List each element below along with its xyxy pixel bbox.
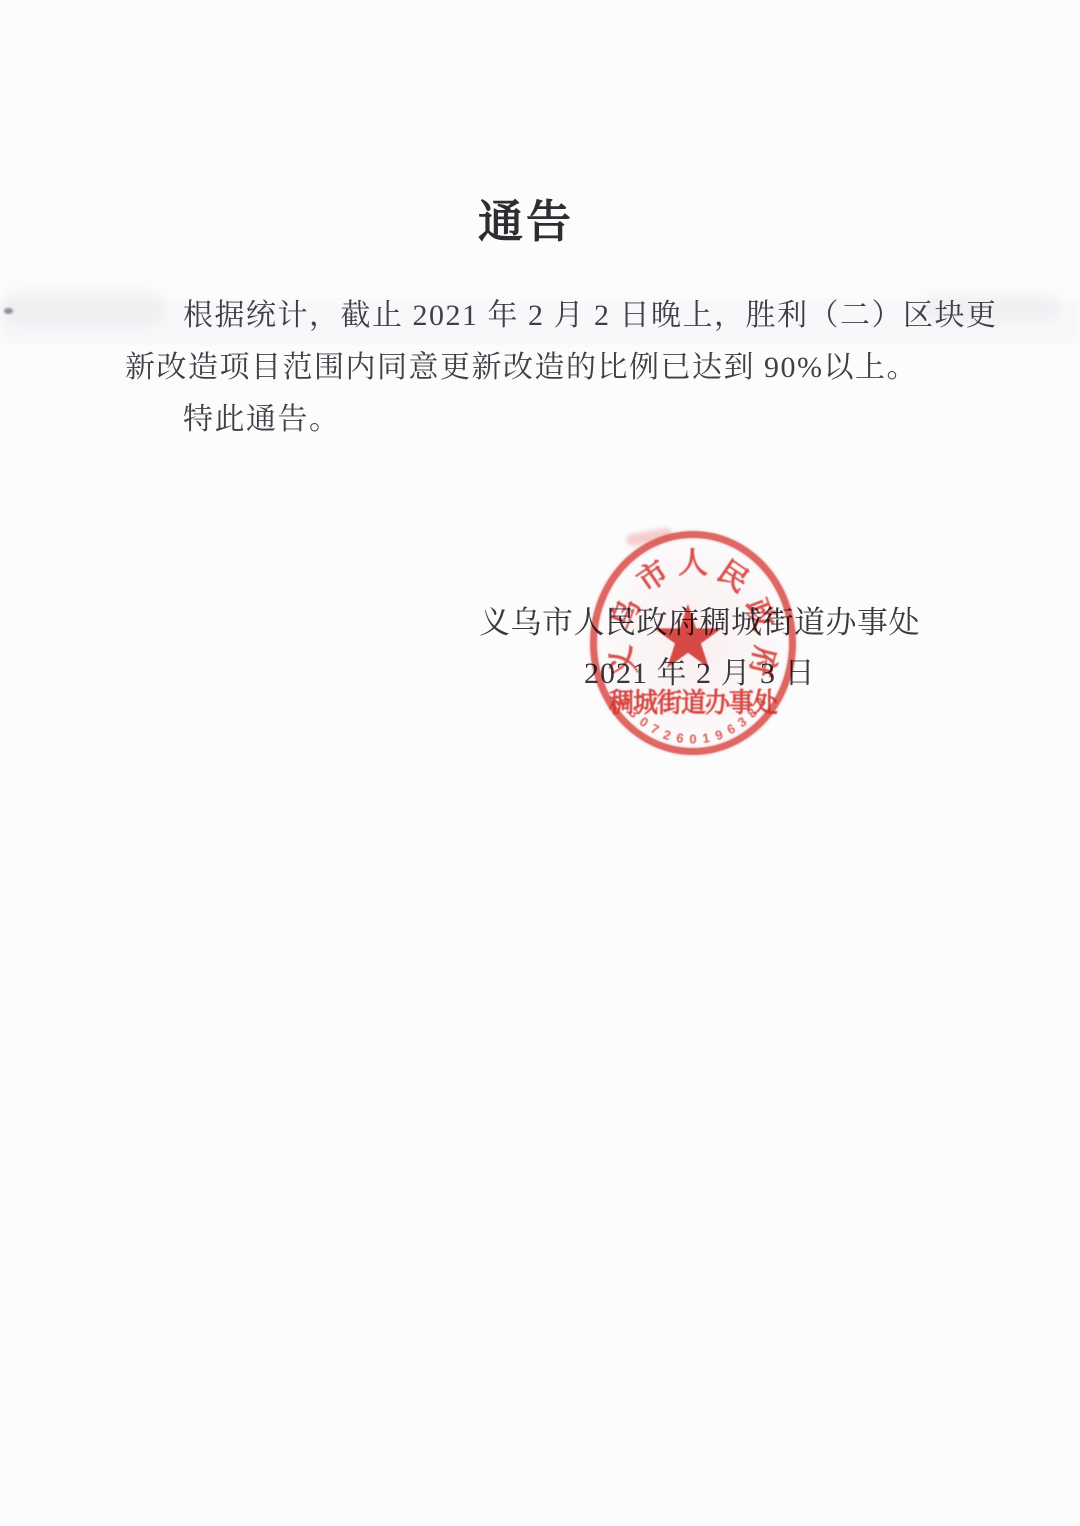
notice-body: 根据统计，截止 2021 年 2 月 2 日晚上，胜利（二）区块更 新改造项目范… — [125, 290, 955, 446]
seal-arc-char: 人 — [678, 538, 708, 582]
body-line-2: 新改造项目范围内同意更新改造的比例已达到 90%以上。 — [125, 342, 955, 394]
body-line-1: 根据统计，截止 2021 年 2 月 2 日晚上，胜利（二）区块更 — [125, 290, 955, 342]
seal-serial-digit: 0 — [689, 732, 696, 747]
notice-title: 通告 — [0, 192, 1052, 252]
scan-artifact-dot — [4, 308, 13, 314]
body-line-3: 特此通告。 — [125, 394, 955, 446]
star-icon: ★ — [649, 593, 728, 681]
official-seal: 义乌市人民政府 ★ 稠城街道办事处 3307260196383 — [590, 531, 796, 755]
scanned-notice-page: 通告 根据统计，截止 2021 年 2 月 2 日晚上，胜利（二）区块更 新改造… — [0, 0, 1080, 1526]
